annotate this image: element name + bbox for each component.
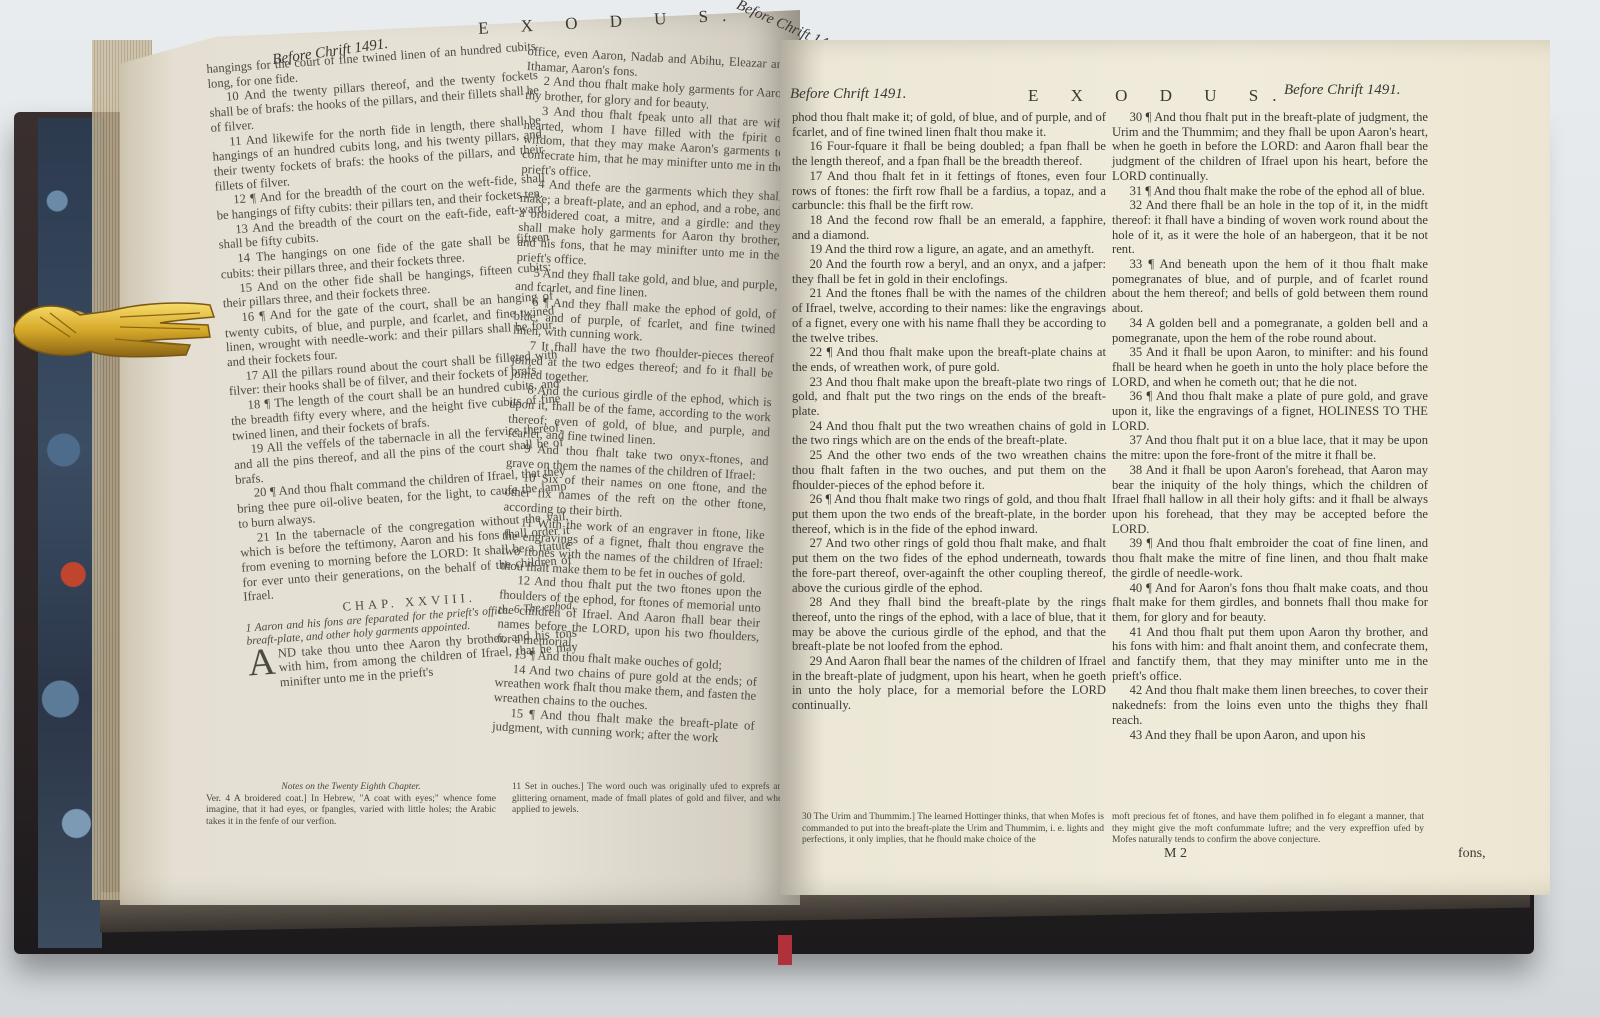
verse-paragraph: 43 And they fhall be upon Aaron, and upo… xyxy=(1112,728,1428,743)
note-text: moft precious fet of ftones, and have th… xyxy=(1112,812,1424,847)
verse-paragraph: 34 A golden bell and a pomegranate, a go… xyxy=(1112,316,1428,345)
verse-paragraph: 37 And thou fhalt put it on a blue lace,… xyxy=(1112,433,1428,462)
right-page-notes-2: moft precious fet of ftones, and have th… xyxy=(1112,812,1424,847)
verse-paragraph: 41 And thou fhalt put them upon Aaron th… xyxy=(1112,625,1428,684)
verse-paragraph: 3 And thou fhalt fpeak unto all that are… xyxy=(521,103,786,190)
verse-paragraph: 32 And there fhall be an hole in the top… xyxy=(1112,198,1428,257)
photo-scene: Before Chrift 1491. E X O D U S. Before … xyxy=(0,0,1600,1017)
running-head-right: Before Chrift 1491. xyxy=(1284,82,1401,99)
verse-paragraph: 23 And thou fhalt make upon the breaft-p… xyxy=(792,375,1106,419)
verse-paragraph: 25 And the other two ends of the two wre… xyxy=(792,448,1106,492)
book-title: E X O D U S. xyxy=(1028,86,1290,106)
right-page-column-1: phod thou fhalt make it; of gold, of blu… xyxy=(792,110,1106,713)
verse-paragraph: 22 ¶ And thou fhalt make upon the breaft… xyxy=(792,345,1106,374)
verse-paragraph: 26 ¶ And thou fhalt make two rings of go… xyxy=(792,492,1106,536)
drop-cap: A xyxy=(247,646,276,678)
catchword: fons, xyxy=(1458,846,1486,862)
verse-paragraph: 21 And the ftones fhall be with the name… xyxy=(792,286,1106,345)
verse-paragraph: 36 ¶ And thou fhalt make a plate of pure… xyxy=(1112,389,1428,433)
verse-paragraph: 4 And thefe are the garments which they … xyxy=(516,176,782,278)
note-text: 11 Set in ouches.] The word ouch was ori… xyxy=(512,782,787,817)
verse-paragraph: 17 And thou fhalt fet in it fettings of … xyxy=(792,169,1106,213)
verse-paragraph: 39 ¶ And thou fhalt embroider the coat o… xyxy=(1112,536,1428,580)
verse-paragraph: 38 And it fhall be upon Aaron's forehead… xyxy=(1112,463,1428,537)
verse-paragraph: 42 And thou fhalt make them linen breech… xyxy=(1112,683,1428,727)
left-page-notes-1: Notes on the Twenty Eighth Chapter. Ver.… xyxy=(206,782,496,828)
ribbon-bookmark xyxy=(778,935,792,965)
verse-paragraph: 12 And thou fhalt put the two ftones upo… xyxy=(496,573,761,660)
verse-paragraph: 30 ¶ And thou fhalt put in the breaft-pl… xyxy=(1112,110,1428,184)
signature-mark: M 2 xyxy=(1164,846,1187,862)
verse-paragraph: 19 And the third row a ligure, an agate,… xyxy=(792,242,1106,257)
verse-paragraph: 29 And Aaron fhall bear the names of the… xyxy=(792,654,1106,713)
verse-paragraph: 31 ¶ And thou fhalt make the robe of the… xyxy=(1112,184,1428,199)
verse-paragraph: phod thou fhalt make it; of gold, of blu… xyxy=(792,110,1106,139)
verse-paragraph: 33 ¶ And beneath upon the hem of it thou… xyxy=(1112,257,1428,316)
verse-paragraph: 20 And the fourth row a beryl, and an on… xyxy=(792,257,1106,286)
verse-paragraph: 27 And two other rings of gold thou fhal… xyxy=(792,536,1106,595)
verse-paragraph: 24 And thou fhalt put the two wreathen c… xyxy=(792,419,1106,448)
right-page-notes-1: 30 The Urim and Thummim.] The learned Ho… xyxy=(802,812,1104,847)
note-text: Ver. 4 A broidered coat.] In Hebrew, "A … xyxy=(206,794,496,829)
note-text: 30 The Urim and Thummim.] The learned Ho… xyxy=(802,812,1104,847)
verse-paragraph: 16 Four-fquare it fhall be being doubled… xyxy=(792,139,1106,168)
verse-paragraph: 28 And they fhall bind the breaft-plate … xyxy=(792,595,1106,654)
running-head-left: Before Chrift 1491. xyxy=(790,86,907,103)
notes-heading: Notes on the Twenty Eighth Chapter. xyxy=(206,782,496,794)
verse-paragraph: 40 ¶ And for Aaron's fons thou fhalt mak… xyxy=(1112,581,1428,625)
right-page-column-2: 30 ¶ And thou fhalt put in the breaft-pl… xyxy=(1112,110,1428,742)
left-page-column-2: office, even Aaron, Nadab and Abihu, Ele… xyxy=(492,44,790,748)
verse-paragraph: 35 And it fhall be upon Aaron, to minift… xyxy=(1112,345,1428,389)
verse-paragraph: 18 And the fecond row fhall be an emeral… xyxy=(792,213,1106,242)
left-page-notes-2: 11 Set in ouches.] The word ouch was ori… xyxy=(512,782,787,817)
brass-hand-clip-icon xyxy=(10,293,220,363)
